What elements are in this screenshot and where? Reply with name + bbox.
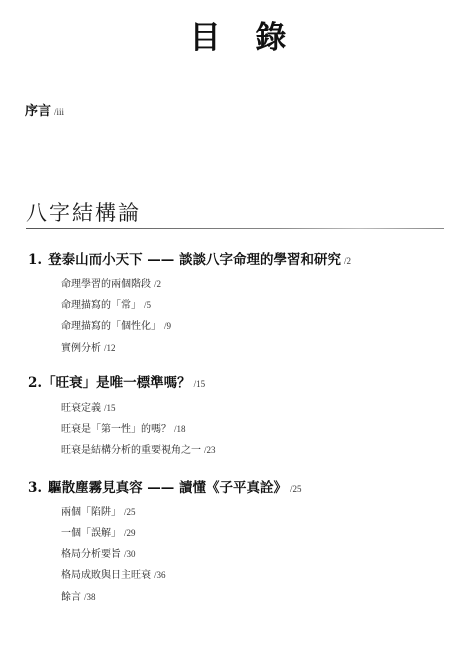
section-title: 命理學習的兩個階段 bbox=[61, 279, 151, 290]
toc-entry-preface[interactable]: 序言/iii bbox=[25, 103, 64, 121]
part-title: 八字結構論 bbox=[26, 200, 141, 226]
page-number: /9 bbox=[164, 321, 171, 331]
toc-section[interactable]: 格局成敗與日主旺衰/36 bbox=[61, 568, 166, 583]
page-number: /15 bbox=[104, 403, 116, 413]
section-title: 命理描寫的「個性化」 bbox=[61, 321, 161, 332]
section-title: 旺衰定義 bbox=[61, 403, 101, 414]
chapter-number: 2. bbox=[28, 375, 42, 391]
toc-section[interactable]: 旺衰是結構分析的重要視角之一/23 bbox=[61, 443, 216, 458]
page-number: /12 bbox=[104, 343, 116, 353]
section-title: 命理描寫的「常」 bbox=[61, 300, 141, 311]
toc-section[interactable]: 格局分析要旨/30 bbox=[61, 547, 136, 562]
toc-chapter-3[interactable]: 3.驅散塵霧見真容 —— 讀懂《子平真詮》/25 bbox=[28, 479, 302, 498]
chapter-number: 3. bbox=[28, 480, 42, 496]
chapter-number: 1. bbox=[28, 252, 42, 268]
toc-section[interactable]: 兩個「陷阱」/25 bbox=[61, 505, 136, 520]
page-number: /25 bbox=[290, 484, 302, 494]
toc-section[interactable]: 命理描寫的「個性化」/9 bbox=[61, 319, 171, 334]
chapter-title: 驅散塵霧見真容 —— 讀懂《子平真詮》 bbox=[48, 480, 287, 496]
section-title: 一個「誤解」 bbox=[61, 528, 121, 539]
page-number: /36 bbox=[154, 570, 166, 580]
toc-section[interactable]: 命理描寫的「常」/5 bbox=[61, 298, 151, 313]
toc-section[interactable]: 旺衰定義/15 bbox=[61, 401, 116, 416]
section-title: 格局分析要旨 bbox=[61, 549, 121, 560]
chapter-title: 「旺衰」是唯一標準嗎？ bbox=[42, 375, 191, 391]
page-number: /2 bbox=[344, 256, 351, 266]
section-title: 旺衰是結構分析的重要視角之一 bbox=[61, 445, 201, 456]
page-number: /2 bbox=[154, 279, 161, 289]
chapter-title: 登泰山而小天下 —— 談談八字命理的學習和研究 bbox=[48, 252, 341, 268]
section-title: 餘言 bbox=[61, 592, 81, 603]
section-title: 實例分析 bbox=[61, 343, 101, 354]
section-title: 格局成敗與日主旺衰 bbox=[61, 570, 151, 581]
page-number: /29 bbox=[124, 528, 136, 538]
page-number: /5 bbox=[144, 300, 151, 310]
page-number: /25 bbox=[124, 507, 136, 517]
toc-section[interactable]: 餘言/38 bbox=[61, 590, 96, 605]
page-number: /iii bbox=[54, 107, 64, 117]
page-number: /15 bbox=[194, 379, 206, 389]
toc-section[interactable]: 實例分析/12 bbox=[61, 341, 116, 356]
page-number: /18 bbox=[174, 424, 186, 434]
toc-section[interactable]: 命理學習的兩個階段/2 bbox=[61, 277, 161, 292]
toc-section[interactable]: 一個「誤解」/29 bbox=[61, 526, 136, 541]
toc-chapter-1[interactable]: 1.登泰山而小天下 —— 談談八字命理的學習和研究/2 bbox=[28, 251, 351, 270]
toc-chapter-2[interactable]: 2.「旺衰」是唯一標準嗎？/15 bbox=[28, 374, 205, 393]
page-title: 目 錄 bbox=[0, 18, 476, 58]
section-title: 旺衰是「第一性」的嗎？ bbox=[61, 424, 171, 435]
part-divider bbox=[26, 228, 444, 229]
page-number: /23 bbox=[204, 445, 216, 455]
preface-label: 序言 bbox=[25, 104, 51, 119]
page-number: /38 bbox=[84, 592, 96, 602]
section-title: 兩個「陷阱」 bbox=[61, 507, 121, 518]
toc-section[interactable]: 旺衰是「第一性」的嗎？/18 bbox=[61, 422, 186, 437]
page-number: /30 bbox=[124, 549, 136, 559]
